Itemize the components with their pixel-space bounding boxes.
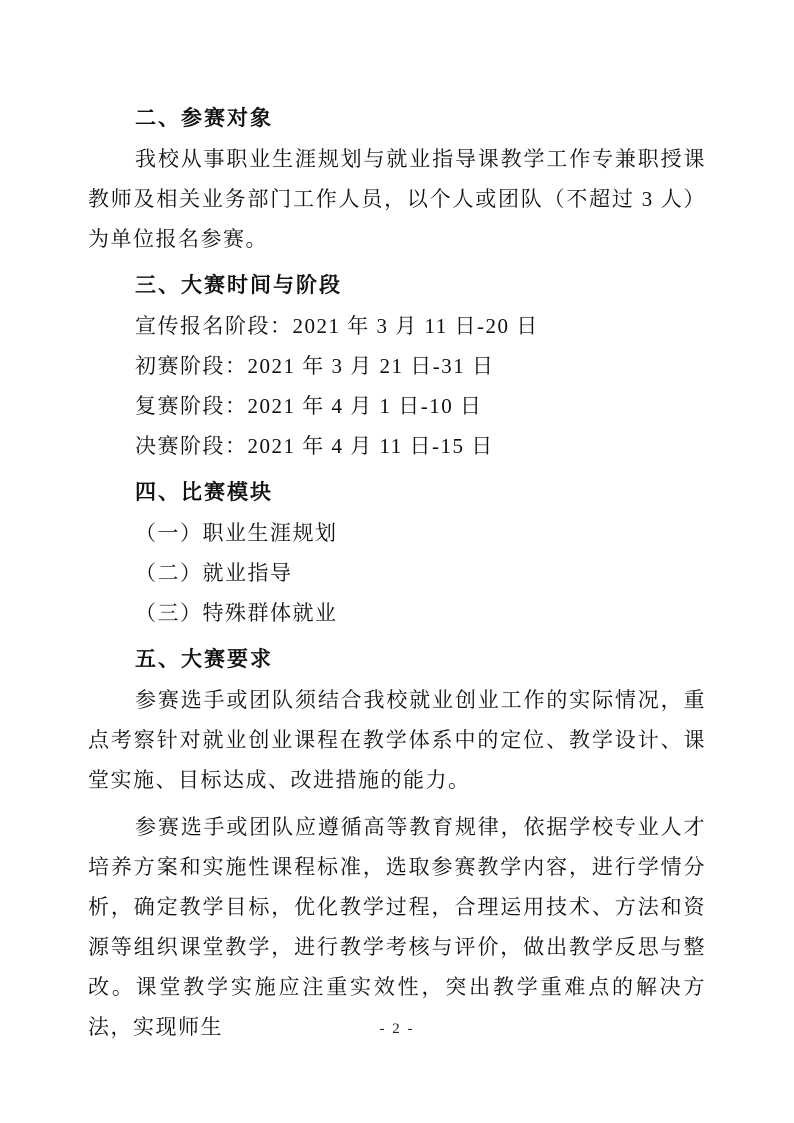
- module-line-special-groups: （三）特殊群体就业: [88, 593, 706, 633]
- page-number: - 2 -: [0, 1018, 794, 1040]
- document-page: 二、参赛对象 我校从事职业生涯规划与就业指导课教学工作专兼职授课教师及相关业务部…: [0, 0, 794, 1123]
- schedule-line-preliminary: 初赛阶段：2021 年 3 月 21 日-31 日: [88, 346, 706, 386]
- module-line-career-planning: （一）职业生涯规划: [88, 513, 706, 553]
- document-content: 二、参赛对象 我校从事职业生涯规划与就业指导课教学工作专兼职授课教师及相关业务部…: [88, 99, 706, 1047]
- body-paragraph: 我校从事职业生涯规划与就业指导课教学工作专兼职授课教师及相关业务部门工作人员，以…: [88, 139, 706, 259]
- schedule-line-registration: 宣传报名阶段：2021 年 3 月 11 日-20 日: [88, 306, 706, 346]
- section-heading-requirements: 五、大赛要求: [88, 640, 706, 680]
- section-heading-modules: 四、比赛模块: [88, 473, 706, 513]
- body-paragraph: 参赛选手或团队应遵循高等教育规律，依据学校专业人才培养方案和实施性课程标准，选取…: [88, 807, 706, 1047]
- section-heading-participants: 二、参赛对象: [88, 99, 706, 139]
- module-line-employment-guidance: （二）就业指导: [88, 553, 706, 593]
- schedule-line-final: 决赛阶段：2021 年 4 月 11 日-15 日: [88, 426, 706, 466]
- body-paragraph: 参赛选手或团队须结合我校就业创业工作的实际情况，重点考察针对就业创业课程在教学体…: [88, 680, 706, 800]
- schedule-line-semifinal: 复赛阶段：2021 年 4 月 1 日-10 日: [88, 386, 706, 426]
- section-heading-schedule: 三、大赛时间与阶段: [88, 266, 706, 306]
